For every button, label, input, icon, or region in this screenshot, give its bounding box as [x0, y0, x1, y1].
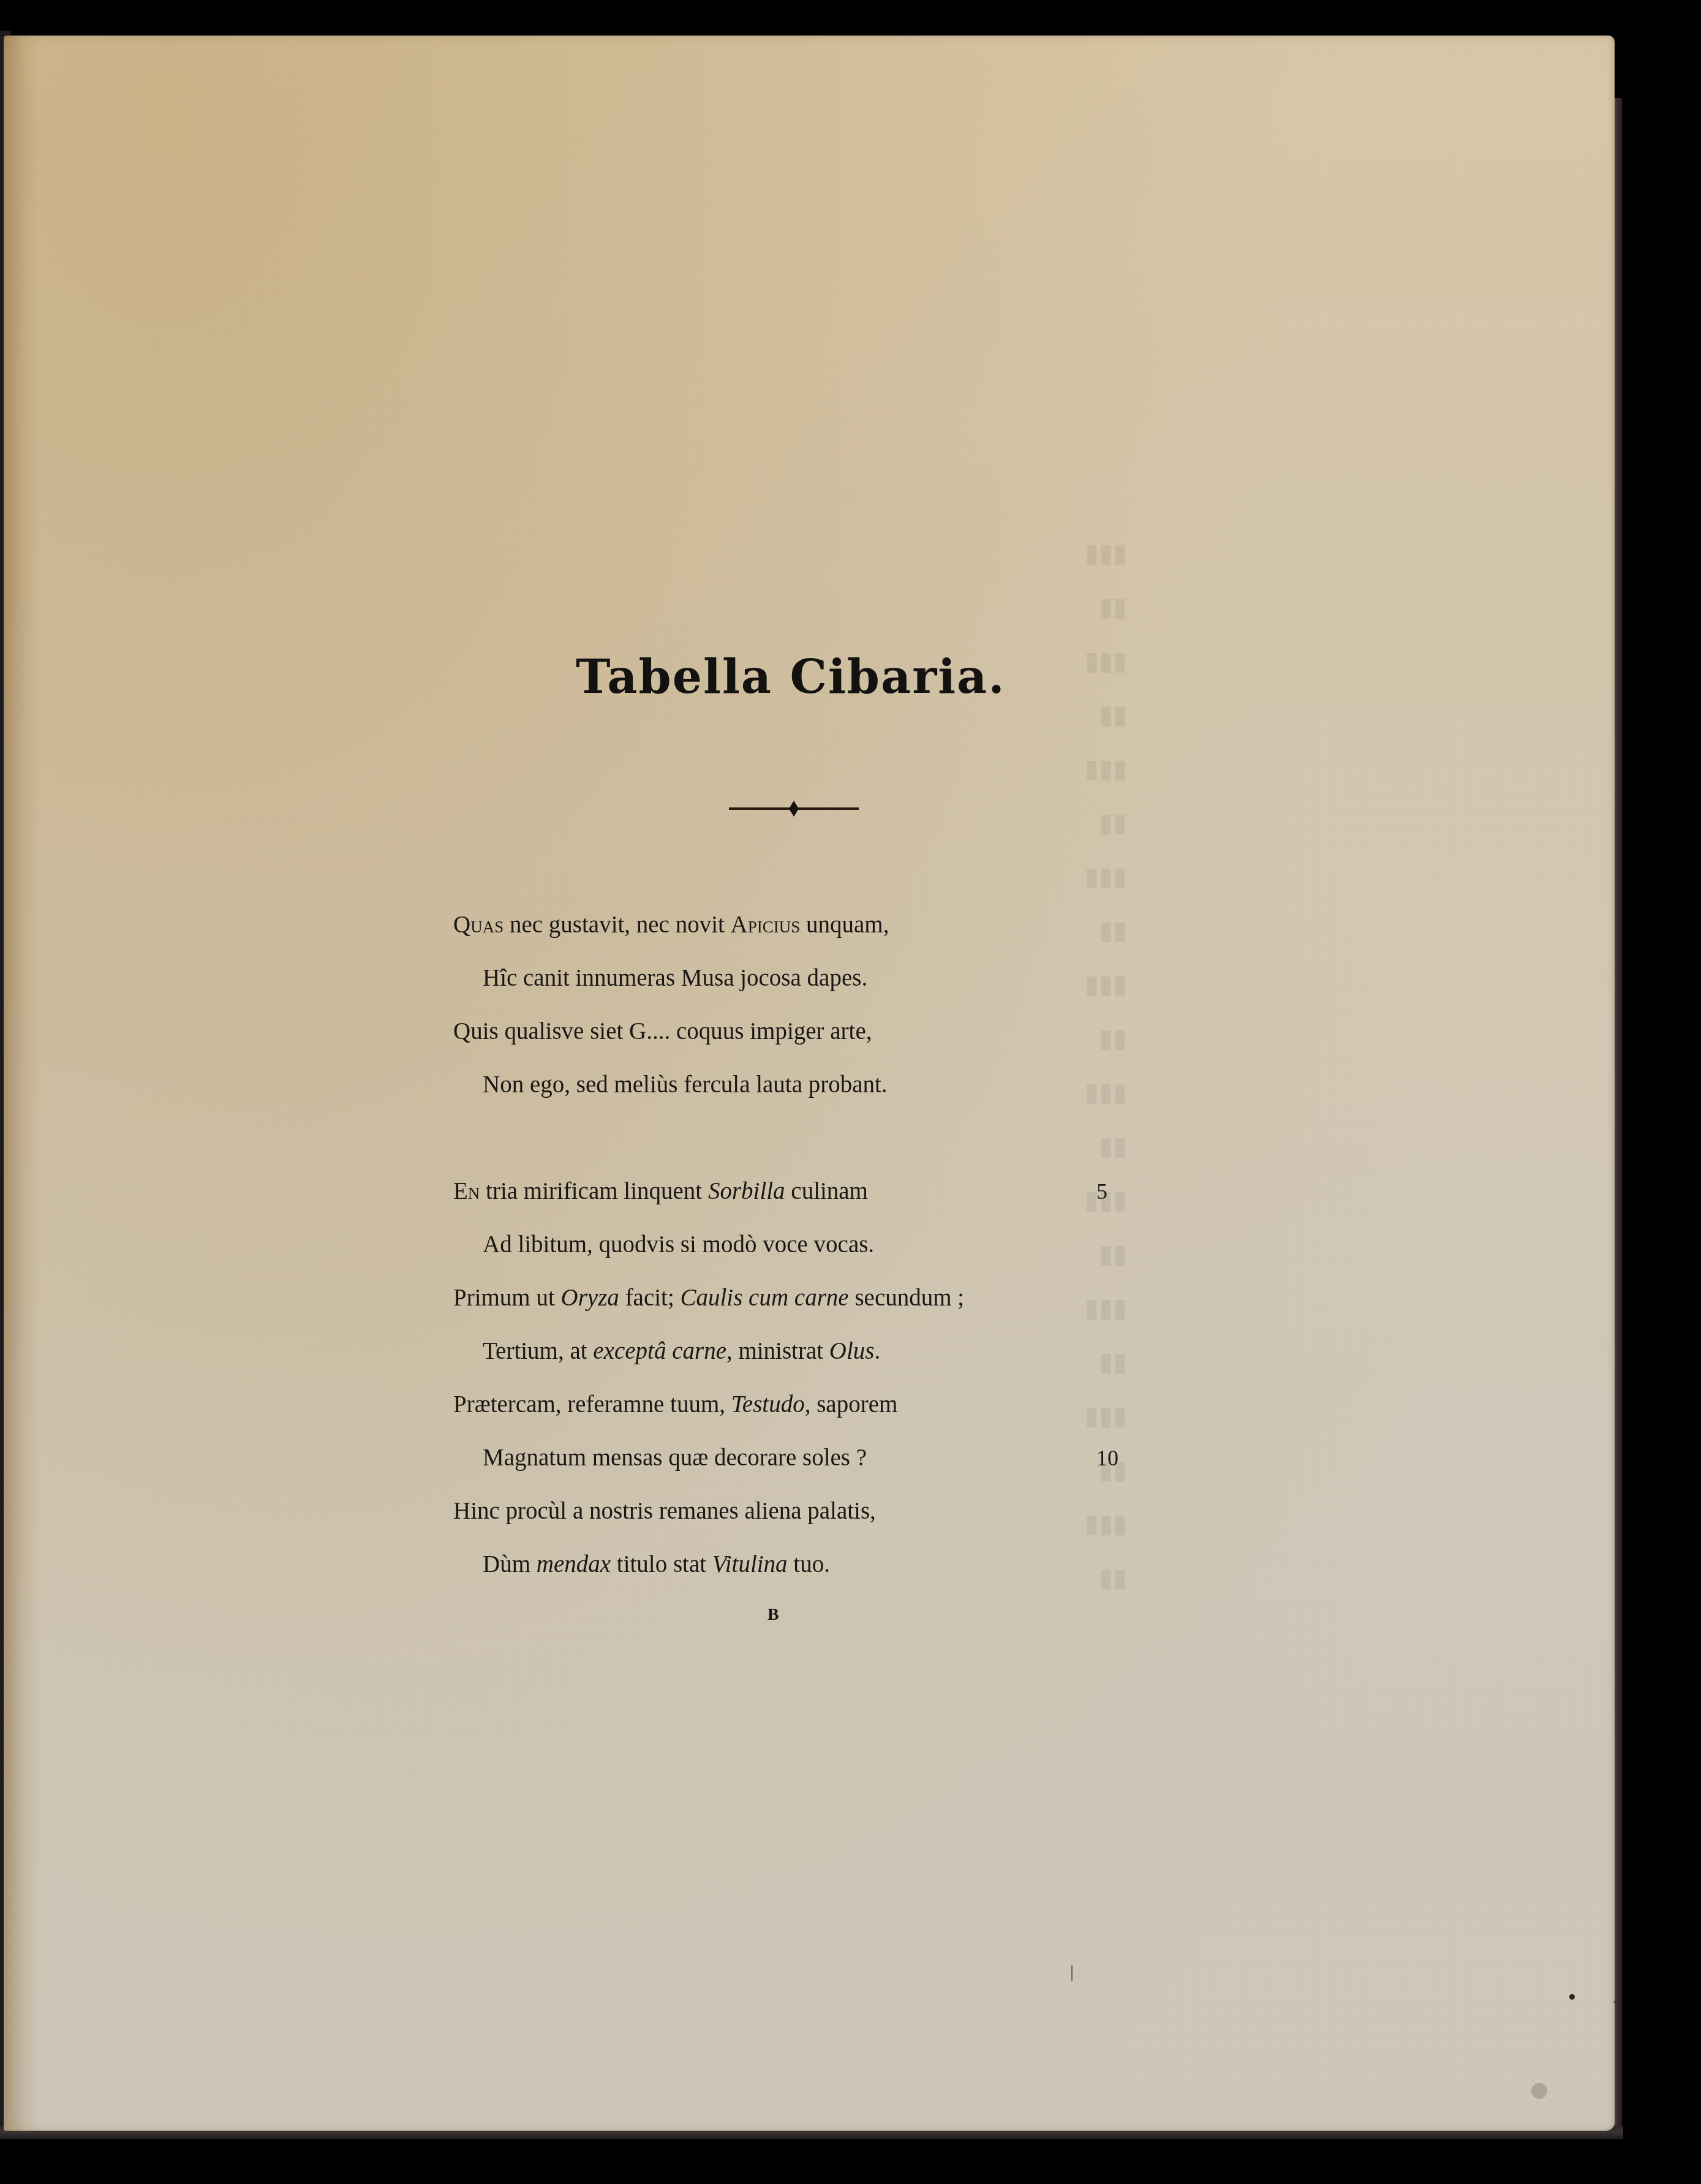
verse-segment: Ad libitum, quodvis si modò voce vocas.: [483, 1231, 874, 1258]
verse-line: Quas nec gustavit, nec novit Apicius unq…: [453, 907, 1139, 960]
verse-line: Non ego, sed meliùs fercula lauta proban…: [453, 1067, 1139, 1120]
verse-line: Prætercam, referamne tuum, Testudo, sapo…: [453, 1386, 1139, 1440]
ink-speck: [1569, 1994, 1575, 2000]
line-number: 10: [1096, 1440, 1118, 1476]
verse-segment: secundum ;: [849, 1285, 964, 1311]
verse-segment: Non ego, sed meliùs fercula lauta proban…: [483, 1071, 888, 1098]
verse-segment: Caulis cum carne: [681, 1285, 849, 1311]
verse-segment: exceptâ carne: [593, 1338, 726, 1364]
verse-line: Tertium, at exceptâ carne, ministrat Olu…: [453, 1333, 1139, 1386]
verse-line: Magnatum mensas quæ decorare soles ?10: [453, 1440, 1139, 1493]
paper-fleck: [1071, 1965, 1073, 1981]
signature-mark: B: [768, 1605, 779, 1625]
verse-segment: mendax: [537, 1551, 611, 1578]
verse-segment: Prætercam, referamne tuum,: [453, 1391, 731, 1418]
verse-line: Ad libitum, quodvis si modò voce vocas.: [453, 1226, 1139, 1280]
poem-body: Quas nec gustavit, nec novit Apicius unq…: [453, 907, 1139, 1600]
stanza: Quas nec gustavit, nec novit Apicius unq…: [453, 907, 1139, 1120]
verse-segment: Olus: [829, 1338, 875, 1364]
line-number: 5: [1096, 1173, 1107, 1210]
foxing-stain: [1531, 2083, 1547, 2099]
stanza: En tria mirificam linquent Sorbilla culi…: [453, 1173, 1139, 1600]
verse-segment: Dùm: [483, 1551, 537, 1578]
verse-segment: facit;: [619, 1285, 681, 1311]
verse-segment: Apicius: [731, 912, 801, 938]
verse-line: Hinc procùl a nostris remanes aliena pal…: [453, 1493, 1139, 1546]
verse-line: Dùm mendax titulo stat Vitulina tuo.: [453, 1546, 1139, 1600]
verse-segment: titulo stat: [611, 1551, 712, 1578]
verse-segment: , ministrat: [726, 1338, 829, 1364]
verse-segment: Quis qualisve siet G.... coquus impiger …: [453, 1018, 872, 1045]
verse-segment: Oryza: [561, 1285, 619, 1311]
verse-segment: Hîc canit innumeras Musa jocosa dapes.: [483, 965, 867, 991]
ink-speck: [1613, 2001, 1616, 2003]
verse-segment: tuo.: [788, 1551, 830, 1578]
verse-segment: Magnatum mensas quæ decorare soles ?: [483, 1445, 867, 1471]
verse-line: Hîc canit innumeras Musa jocosa dapes.: [453, 960, 1139, 1013]
verse-segment: Tertium, at: [483, 1338, 593, 1364]
verse-segment: En: [453, 1178, 480, 1204]
verse-segment: tria mirificam linquent: [480, 1178, 708, 1204]
verse-segment: nec gustavit, nec novit: [504, 912, 730, 938]
verse-segment: .: [875, 1338, 881, 1364]
verse-segment: Vitulina: [712, 1551, 788, 1578]
verse-line: Primum ut Oryza facit; Caulis cum carne …: [453, 1280, 1139, 1333]
verse-segment: culinam: [785, 1178, 868, 1204]
verse-segment: Sorbilla: [708, 1178, 785, 1204]
verse-segment: Quas: [453, 912, 504, 938]
verse-segment: unquam,: [800, 912, 889, 938]
verse-segment: Testudo: [731, 1391, 805, 1418]
ornament-rule-diamond-icon: [729, 799, 859, 818]
verse-segment: , saporem: [805, 1391, 898, 1418]
verse-segment: Primum ut: [453, 1285, 561, 1311]
verse-line: En tria mirificam linquent Sorbilla culi…: [453, 1173, 1139, 1226]
page-title: Tabella Cibaria.: [576, 649, 1006, 704]
verse-segment: Hinc procùl a nostris remanes aliena pal…: [453, 1498, 876, 1524]
verse-line: Quis qualisve siet G.... coquus impiger …: [453, 1013, 1139, 1067]
